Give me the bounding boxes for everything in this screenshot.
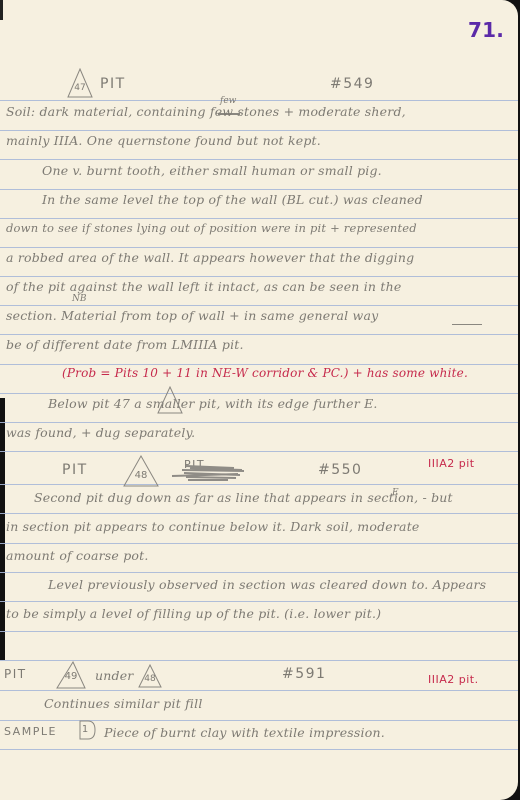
entry-line: amount of coarse pot. <box>6 548 149 563</box>
entry-line: One v. burnt tooth, either small human o… <box>42 163 382 178</box>
entry-line: Soil: dark material, containing few ston… <box>6 104 406 119</box>
scribble-icon <box>168 458 248 484</box>
entry-line: in section pit appears to continue below… <box>6 519 420 534</box>
red-annotation: (Prob = Pits 10 + 11 in NE-W corridor & … <box>62 366 468 380</box>
entry-heading-label: PIT <box>100 76 126 92</box>
entry-heading-label: PIT <box>4 667 27 681</box>
ruled-line <box>0 749 518 750</box>
pit-triangle-label: 48 <box>123 470 159 481</box>
ruled-line <box>0 631 518 632</box>
ruled-line <box>0 690 518 691</box>
triangle-icon <box>157 386 183 414</box>
ruled-line <box>0 159 518 160</box>
ruled-line <box>0 189 518 190</box>
entry-line: was found, + dug separately. <box>6 425 195 440</box>
crossed-out-text: PIT <box>168 458 248 484</box>
pit-triangle-label: 47 <box>67 83 93 93</box>
page-number: 71. <box>468 18 504 42</box>
ruled-line <box>0 601 518 602</box>
entry-line: Second pit dug down as far as line that … <box>34 490 453 505</box>
entry-line: Below pit 47 a smaller pit, with its edg… <box>48 396 378 411</box>
entry-line: be of different date from LMIIIA pit. <box>6 337 244 352</box>
entry-line: to be simply a level of filling up of th… <box>6 606 381 621</box>
pit-triangle-label: 48 <box>138 674 162 684</box>
under-text: under <box>95 668 133 683</box>
word-underline <box>452 324 482 325</box>
pit-triangle-label: 49 <box>56 671 86 682</box>
entry-line: of the pit against the wall left it inta… <box>6 279 401 294</box>
ruled-line <box>0 130 518 131</box>
entry-line: Level previously observed in section was… <box>48 577 486 592</box>
red-phase-annotation: IIIA2 pit <box>428 457 475 470</box>
ruled-line <box>0 218 518 219</box>
ruled-line <box>0 484 518 485</box>
ruled-line <box>0 543 518 544</box>
ruled-line <box>0 572 518 573</box>
entry-line: Continues similar pit fill <box>44 696 203 711</box>
entry-find-number: #549 <box>330 76 374 92</box>
entry-line: a robbed area of the wall. It appears ho… <box>6 250 414 265</box>
sample-label: SAMPLE <box>4 725 57 738</box>
pit-triangle-marker: 48 <box>138 664 162 688</box>
pit-triangle-marker: 49 <box>56 661 86 689</box>
entry-line: down to see if stones lying out of posit… <box>6 221 417 235</box>
page-edge-shadow <box>0 0 3 20</box>
ruled-line <box>0 393 518 394</box>
red-phase-annotation: IIIA2 pit. <box>428 673 479 686</box>
ruled-line <box>0 513 518 514</box>
entry-find-number: #550 <box>318 462 362 478</box>
ruled-line <box>0 451 518 452</box>
entry-line: mainly IIIA. One quernstone found but no… <box>6 133 321 148</box>
ruled-line <box>0 305 518 306</box>
sample-number-marker: 1 <box>74 719 96 741</box>
superscript-nb: NB <box>72 294 87 304</box>
pit-triangle-marker: 47 <box>67 68 93 98</box>
entry-line: In the same level the top of the wall (B… <box>42 192 423 207</box>
ruled-line <box>0 100 518 101</box>
notebook-page: 71. 47 PIT #549 few Soil: dark material,… <box>0 0 518 800</box>
entry-find-number: #591 <box>282 666 326 682</box>
entry-line: section. Material from top of wall + in … <box>6 308 378 323</box>
pit-triangle-marker: 48 <box>123 455 159 487</box>
ruled-line <box>0 422 518 423</box>
ruled-line <box>0 276 518 277</box>
entry-heading-label: PIT <box>62 462 88 478</box>
pit-triangle-marker <box>157 386 183 414</box>
ruled-line <box>0 334 518 335</box>
sample-description: Piece of burnt clay with textile impress… <box>104 725 385 740</box>
sample-number: 1 <box>74 724 96 735</box>
page-edge-binding <box>0 398 5 660</box>
ruled-line <box>0 247 518 248</box>
ruled-line <box>0 364 518 365</box>
